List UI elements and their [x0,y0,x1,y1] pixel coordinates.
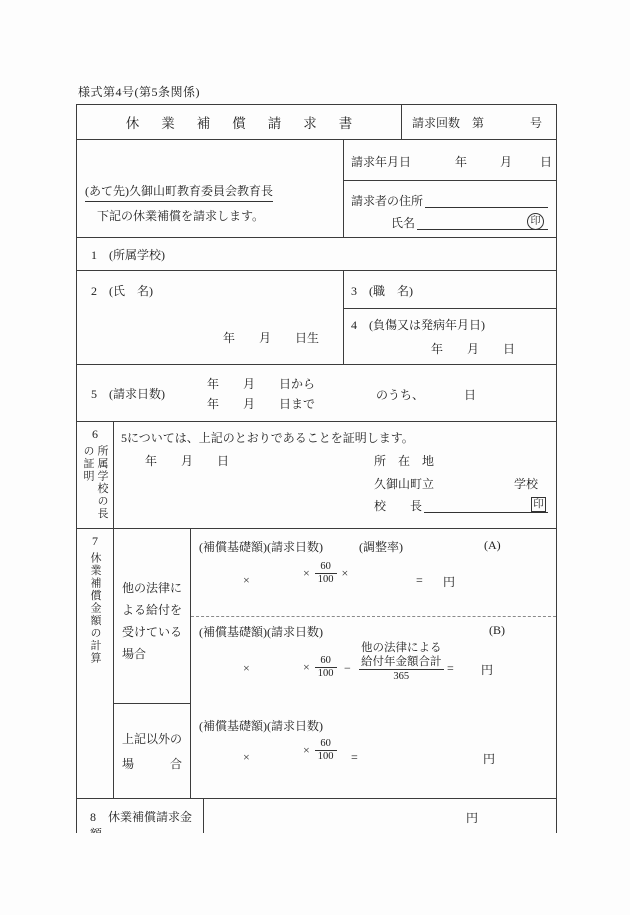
section6-number: 6 [92,427,98,442]
claim-number-label: 請求回数 第 [412,114,484,131]
section2-cell: 2 (氏 名) 年 月 日生 [77,271,344,364]
form-number-note: 様式第4号(第5条関係) [78,83,200,100]
section6-title-main: 所属学校の長 [96,445,108,520]
section2-label: 2 (氏 名) [91,282,153,299]
principal-label: 校 長 [374,497,422,513]
seal-mark-icon: 印 [527,213,544,230]
section4-label: 4 (負傷又は発病年月日) [351,316,485,333]
times-sign: × [303,660,310,675]
times-fraction-group: × 60 100 [303,655,337,680]
section1-row: 1 (所属学校) [77,238,556,271]
formula-a-base-labels: (補償基礎額)(請求日数) [199,538,323,555]
equals-sign: = [416,573,423,588]
fraction-numerator: 60 [317,738,334,750]
formula-column: (補償基礎額)(請求日数) (調整率) (A) × × 60 100 × = 円 [191,529,556,798]
yen-unit: 円 [443,573,455,590]
section8-amount-cell: 円 [204,799,556,833]
pension-numerator: 給付年金額合計 [359,655,444,669]
times-fraction-group: × 60 100 [303,738,337,763]
formula-b-tag: (B) [489,623,505,638]
pension-fraction: 他の法律による 給付年金額合計 365 [359,641,444,683]
section7-header: 7 休業補償金額の計算 [77,529,114,798]
case-else-line1: 上記以外の [122,727,184,752]
fraction-numerator: 60 [317,561,334,573]
form-title: 休業補償請求書 [77,105,402,139]
claim-number-unit: 号 [530,114,542,131]
section5-label: 5 (請求日数) [91,385,165,402]
principal-signature-field: 印 [424,497,548,513]
section5-of-which: のうち、 [376,386,424,403]
fraction-denominator: 100 [315,667,337,680]
certify-statement: 5については、上記のとおりであることを証明します。 [121,429,414,446]
request-date-label: 請求年月日 [351,153,411,170]
document-page: { "form_note": "様式第4号(第5条関係)", "title_ro… [0,0,630,915]
pension-denominator: 365 [359,669,444,683]
section1-label: 1 (所属学校) [91,246,165,263]
addressee-row: (あて先)久御山町教育委員会教育長 下記の休業補償を請求します。 請求年月日 年… [77,140,556,238]
formula-b-base-labels: (補償基礎額)(請求日数) [199,623,323,640]
case-else-cell: 上記以外の 場 合 [114,704,190,798]
times-sign: × [243,750,250,765]
section5-row: 5 (請求日数) 年 月 日から 年 月 日まで のうち、 日 [77,365,556,422]
case-else-line2: 場 合 [122,752,184,777]
claimant-address-field [425,192,548,208]
year-label: 年 [455,153,467,170]
fraction-denominator: 100 [315,573,337,586]
claimant-address-label: 請求者の住所 [351,192,423,208]
times-sign: × [303,743,310,758]
formula-c: (補償基礎額)(請求日数) × × 60 100 = 円 [191,704,556,798]
section2-birthdate-units: 年 月 日生 [223,329,319,346]
seal-box-icon: 印 [531,497,546,512]
certify-date-units: 年 月 日 [145,452,229,469]
section8-label: 8 休業補償請求金額 [77,799,204,833]
section3-label: 3 (職 名) [351,282,413,299]
minus-sign: − [344,661,351,676]
section6-row: 6 所属学校の長の証明 5については、上記のとおりであることを証明します。 年 … [77,422,556,529]
section7-vertical-title: 休業補償金額の計算 [88,552,102,665]
location-label: 所 在 地 [374,452,434,469]
fraction-numerator: 60 [317,655,334,667]
claimant-name-field: 印 [417,214,548,230]
section6-header: 6 所属学校の長の証明 [77,422,114,528]
times-fraction-group: × 60 100 × [303,561,348,586]
fraction-60-100: 60 100 [315,561,337,586]
request-date-cell: 請求年月日 年 月 日 [344,140,556,181]
section4-cell: 4 (負傷又は発病年月日) 年 月 日 [344,309,556,364]
yen-unit: 円 [483,750,495,767]
section6-vertical-title: 所属学校の長の証明 [81,445,109,528]
section6-title-sub: の証明 [82,445,94,483]
times-sign: × [303,566,310,581]
section5-day-unit: 日 [464,386,476,403]
yen-unit: 円 [481,661,493,678]
times-sign: × [243,573,250,588]
section3-cell: 3 (職 名) [344,271,556,309]
formula-b: (補償基礎額)(請求日数) (B) × × 60 100 − 他の法律による 給… [191,617,556,704]
section8-row: 8 休業補償請求金額 円 [77,799,556,833]
day-label: 日 [540,153,552,170]
section5-date-from: 年 月 日から [207,375,315,392]
fraction-60-100: 60 100 [315,655,337,680]
fraction-denominator: 100 [315,750,337,763]
fraction-60-100: 60 100 [315,738,337,763]
times-sign: × [342,566,349,581]
case-other-law-cell: 他の法律による給付を受けている場合 [114,529,190,704]
formula-a: (補償基礎額)(請求日数) (調整率) (A) × × 60 100 × = 円 [191,529,556,617]
section7-row: 7 休業補償金額の計算 他の法律による給付を受けている場合 上記以外の 場 合 … [77,529,556,799]
principal-line: 校 長 印 [374,497,548,513]
title-row: 休業補償請求書 請求回数 第 号 [77,105,556,140]
section4-date-units: 年 月 日 [431,340,515,357]
request-statement: 下記の休業補償を請求します。 [97,207,264,224]
section5-date-to: 年 月 日まで [207,395,315,412]
school-prefix: 久御山町立 [374,475,434,492]
addressee-line: (あて先)久御山町教育委員会教育長 [85,182,273,202]
equals-sign: = [447,661,454,676]
claimant-name-label: 氏名 [391,214,415,230]
formula-a-tag: (A) [484,538,501,553]
section7-number: 7 [92,534,98,549]
school-suffix: 学校 [514,475,538,492]
other-law-over-label: 他の法律による [361,641,442,655]
section6-body: 5については、上記のとおりであることを証明します。 年 月 日 所 在 地 久御… [114,422,556,528]
equals-sign: = [351,750,358,765]
claim-number-cell: 請求回数 第 号 [402,105,556,139]
section2-4-row: 2 (氏 名) 年 月 日生 3 (職 名) 4 (負傷又は発病年月日) 年 月… [77,271,556,365]
month-label: 月 [500,153,512,170]
formula-a-adjust-label: (調整率) [359,538,403,555]
addressee-cell: (あて先)久御山町教育委員会教育長 下記の休業補償を請求します。 [77,140,344,237]
claimant-cell: 請求者の住所 氏名 印 [344,181,556,237]
case-column: 他の法律による給付を受けている場合 上記以外の 場 合 [114,529,191,798]
formula-c-base-labels: (補償基礎額)(請求日数) [199,717,323,734]
yen-unit: 円 [466,809,478,826]
times-sign: × [243,661,250,676]
claim-form-table: 休業補償請求書 請求回数 第 号 (あて先)久御山町教育委員会教育長 下記の休業… [76,104,557,833]
